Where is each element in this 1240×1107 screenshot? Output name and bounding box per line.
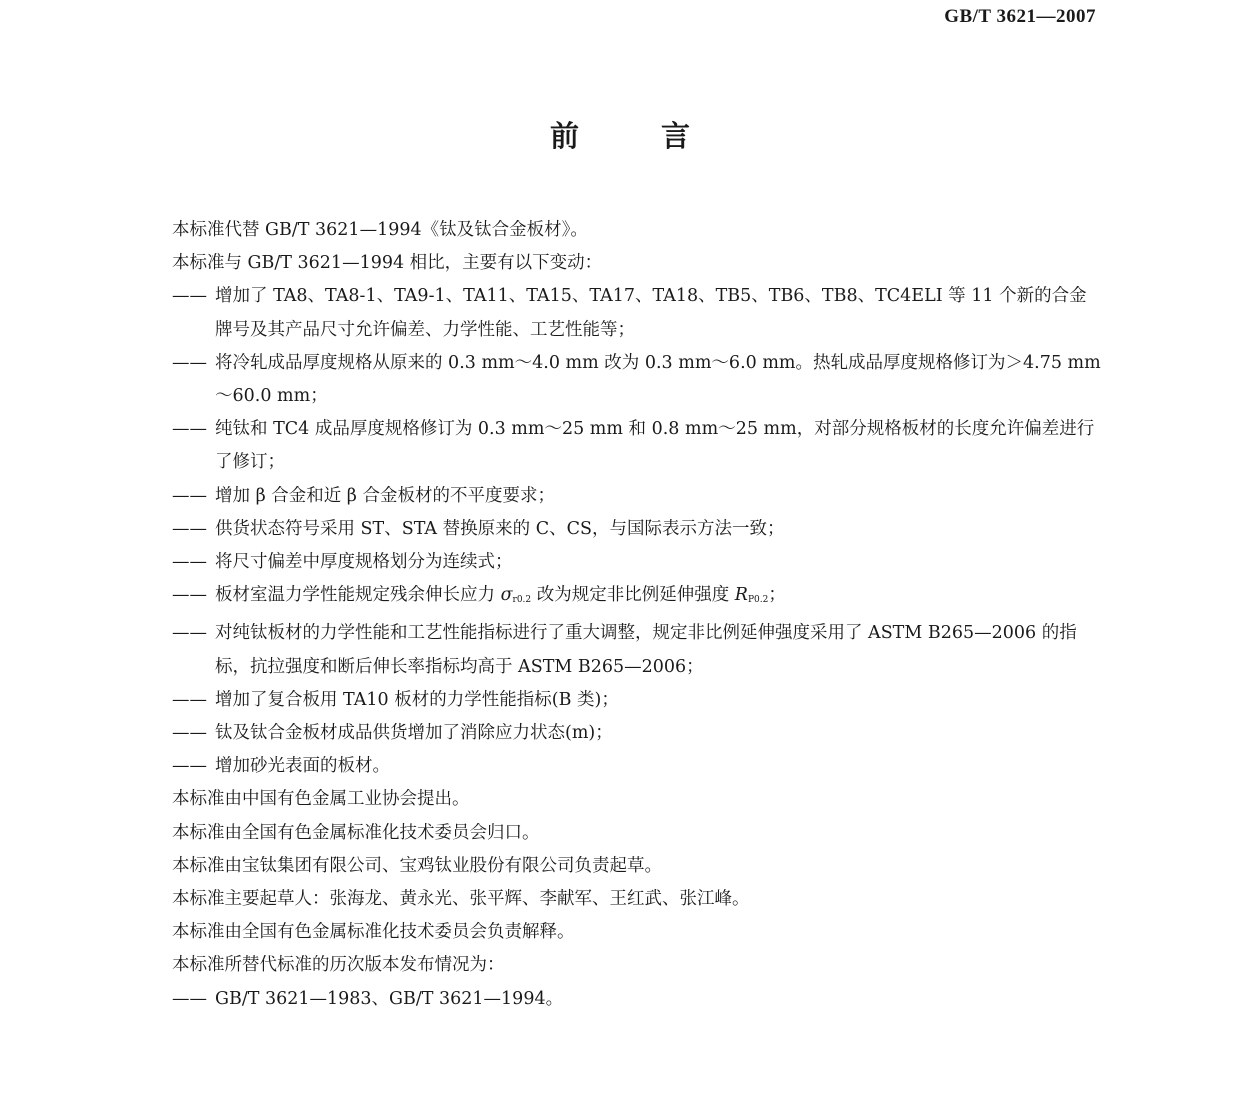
change-item: ——增加 β 合金和近 β 合金板材的不平度要求； <box>172 480 1102 513</box>
change-item: ——将冷轧成品厚度规格从原来的 0.3 mm～4.0 mm 改为 0.3 mm～… <box>172 347 1102 413</box>
change-item: ——将尺寸偏差中厚度规格划分为连续式； <box>172 546 1102 579</box>
title-char-2: 言 <box>661 114 690 155</box>
dash-marker: —— <box>172 983 215 1016</box>
closing-drafters: 本标准主要起草人：张海龙、黄永光、张平辉、李献军、王红武、张江峰。 <box>172 883 1102 916</box>
title-char-1: 前 <box>550 114 579 155</box>
closing-proposed-by: 本标准由中国有色金属工业协会提出。 <box>172 783 1102 816</box>
dash-marker: —— <box>172 579 215 612</box>
closing-history-lead: 本标准所替代标准的历次版本发布情况为： <box>172 949 1102 982</box>
change-item-stress: ——板材室温力学性能规定残余伸长应力 σr0.2 改为规定非比例延伸强度 RP0… <box>172 579 1102 617</box>
closing-interpretation: 本标准由全国有色金属标准化技术委员会负责解释。 <box>172 916 1102 949</box>
r-symbol: R <box>735 585 748 605</box>
foreword-body: 本标准代替 GB/T 3621—1994《钛及钛合金板材》。 本标准与 GB/T… <box>172 214 1102 1016</box>
dash-marker: —— <box>172 546 215 579</box>
change-item: ——增加了复合板用 TA10 板材的力学性能指标(B 类)； <box>172 684 1102 717</box>
history-item: ——GB/T 3621—1983、GB/T 3621—1994。 <box>172 983 1102 1016</box>
change-item: ——增加了 TA8、TA8-1、TA9-1、TA11、TA15、TA17、TA1… <box>172 280 1102 346</box>
dash-marker: —— <box>172 347 215 380</box>
sigma-symbol: σ <box>501 585 513 605</box>
change-item: ——纯钛和 TC4 成品厚度规格修订为 0.3 mm～25 mm 和 0.8 m… <box>172 413 1102 479</box>
standard-code: GB/T 3621—2007 <box>944 6 1096 28</box>
dash-marker: —— <box>172 480 215 513</box>
change-item: ——供货状态符号采用 ST、STA 替换原来的 C、CS，与国际表示方法一致； <box>172 513 1102 546</box>
dash-marker: —— <box>172 513 215 546</box>
dash-marker: —— <box>172 684 215 717</box>
closing-drafted-by: 本标准由宝钛集团有限公司、宝鸡钛业股份有限公司负责起草。 <box>172 850 1102 883</box>
change-item: ——对纯钛板材的力学性能和工艺性能指标进行了重大调整，规定非比例延伸强度采用了 … <box>172 617 1102 683</box>
dash-marker: —— <box>172 413 215 446</box>
intro-changes-lead: 本标准与 GB/T 3621—1994 相比，主要有以下变动： <box>172 247 1102 280</box>
closing-managed-by: 本标准由全国有色金属标准化技术委员会归口。 <box>172 817 1102 850</box>
dash-marker: —— <box>172 750 215 783</box>
dash-marker: —— <box>172 717 215 750</box>
page-title: 前言 <box>0 114 1240 155</box>
change-item: ——增加砂光表面的板材。 <box>172 750 1102 783</box>
intro-replaces: 本标准代替 GB/T 3621—1994《钛及钛合金板材》。 <box>172 214 1102 247</box>
dash-marker: —— <box>172 617 215 650</box>
dash-marker: —— <box>172 280 215 313</box>
change-item: ——钛及钛合金板材成品供货增加了消除应力状态(m)； <box>172 717 1102 750</box>
